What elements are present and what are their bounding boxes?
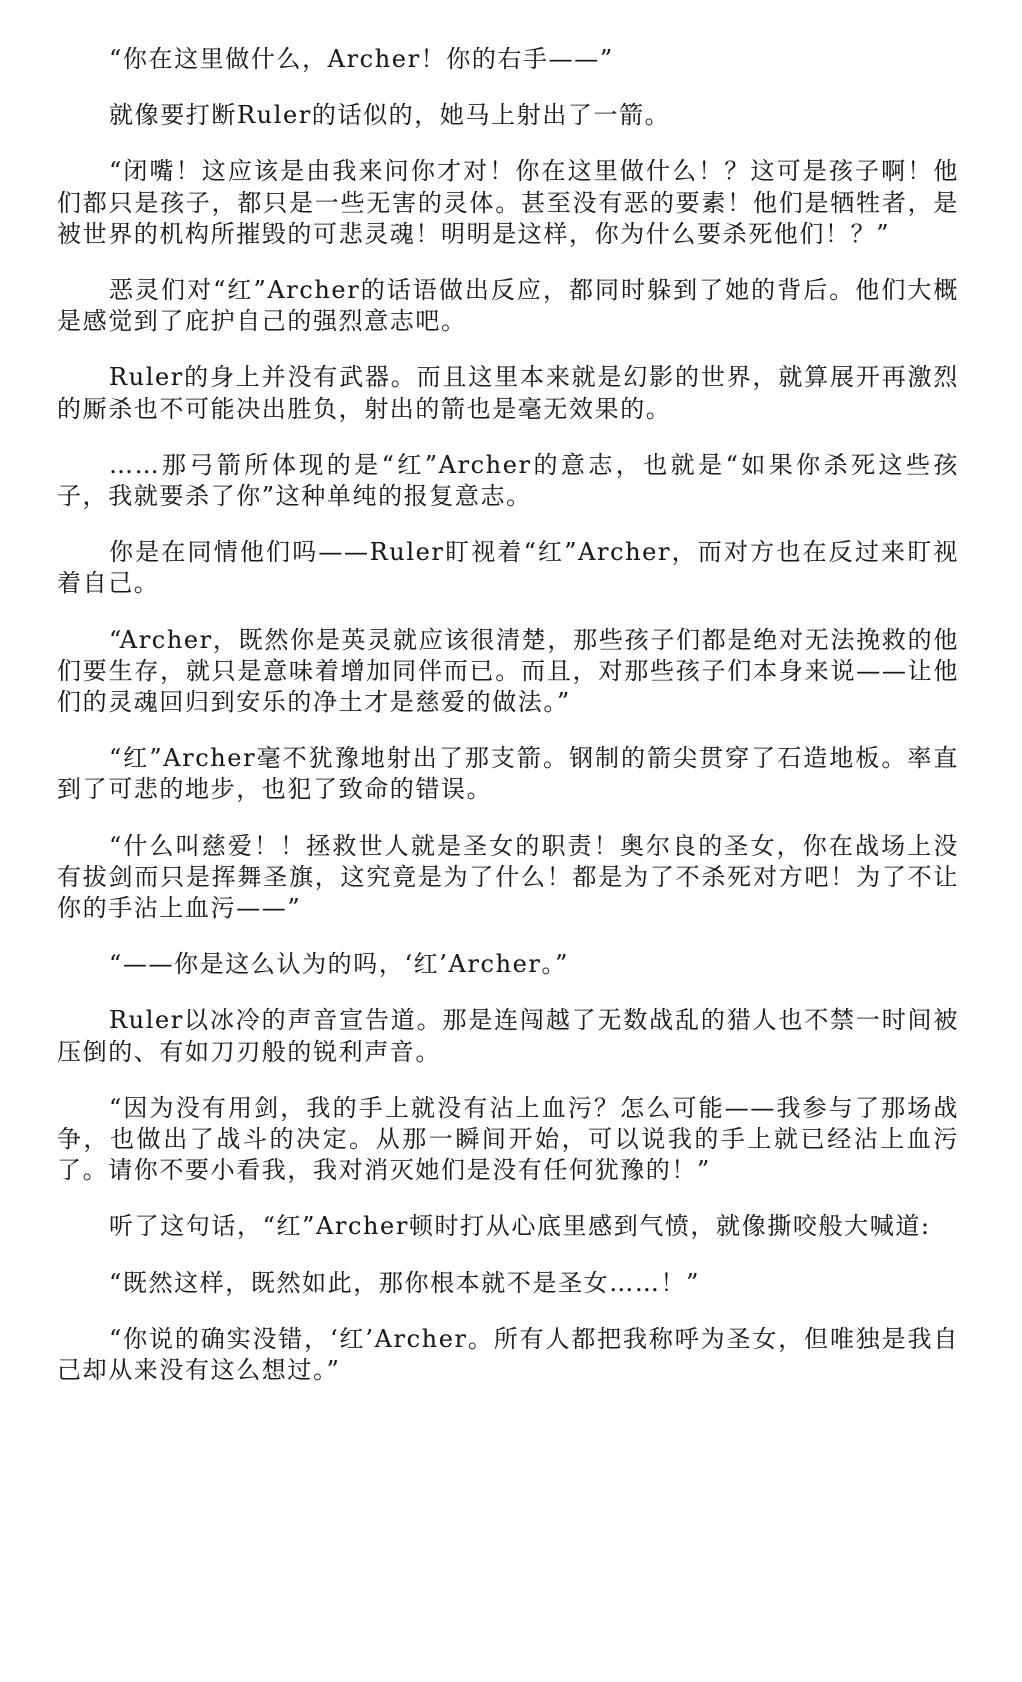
paragraph-3: “闭嘴！这应该是由我来问你才对！你在这里做什么！？这可是孩子啊！他们都只是孩子，… (57, 156, 959, 250)
paragraph-13: “因为没有用剑，我的手上就没有沾上血污？怎么可能——我参与了那场战争，也做出了战… (57, 1093, 959, 1187)
paragraph-11: “——你是这么认为的吗，‘红’Archer。” (57, 949, 959, 980)
paragraph-8: “Archer，既然你是英灵就应该很清楚，那些孩子们都是绝对无法挽救的他们要生存… (57, 625, 959, 719)
paragraph-4: 恶灵们对“红”Archer的话语做出反应，都同时躲到了她的背后。他们大概是感觉到… (57, 275, 959, 337)
novel-page-text: “你在这里做什么，Archer！你的右手——” 就像要打断Ruler的话似的，她… (57, 44, 959, 1411)
paragraph-9: “红”Archer毫不犹豫地射出了那支箭。钢制的箭尖贯穿了石造地板。率直到了可悲… (57, 743, 959, 805)
paragraph-2: 就像要打断Ruler的话似的，她马上射出了一箭。 (57, 100, 959, 131)
paragraph-1: “你在这里做什么，Archer！你的右手——” (57, 44, 959, 75)
paragraph-16: “你说的确实没错，‘红’Archer。所有人都把我称呼为圣女，但唯独是我自己却从… (57, 1324, 959, 1386)
paragraph-6: ……那弓箭所体现的是“红”Archer的意志，也就是“如果你杀死这些孩子，我就要… (57, 450, 959, 512)
paragraph-7: 你是在同情他们吗——Ruler盯视着“红”Archer，而对方也在反过来盯视着自… (57, 537, 959, 599)
paragraph-5: Ruler的身上并没有武器。而且这里本来就是幻影的世界，就算展开再激烈的厮杀也不… (57, 362, 959, 424)
paragraph-14: 听了这句话，“红”Archer顿时打从心底里感到气愤，就像撕咬般大喊道: (57, 1211, 959, 1242)
paragraph-10: “什么叫慈爱！！拯救世人就是圣女的职责！奥尔良的圣女，你在战场上没有拔剑而只是挥… (57, 831, 959, 925)
paragraph-15: “既然这样，既然如此，那你根本就不是圣女……！” (57, 1268, 959, 1299)
paragraph-12: Ruler以冰冷的声音宣告道。那是连闯越了无数战乱的猎人也不禁一时间被压倒的、有… (57, 1005, 959, 1067)
